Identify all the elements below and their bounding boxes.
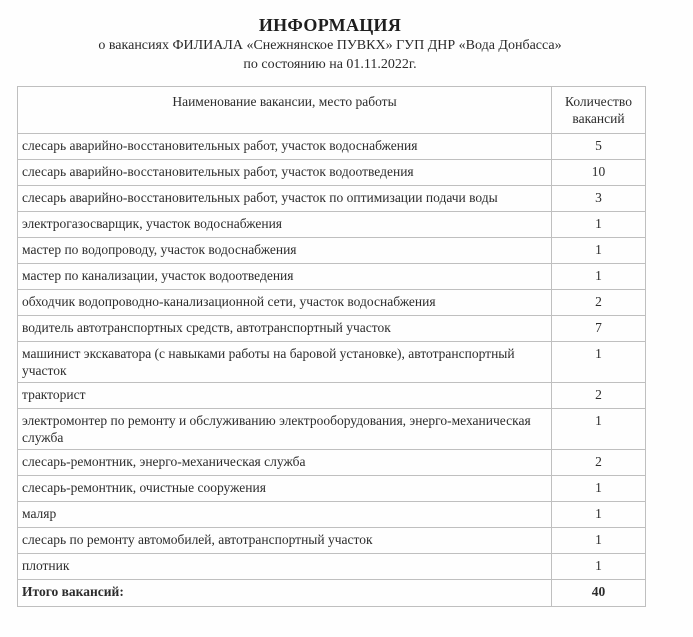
document-page: ИНФОРМАЦИЯ о вакансиях ФИЛИАЛА «Снежнянс… (0, 0, 693, 637)
total-label: Итого вакансий: (18, 580, 552, 607)
cutoff-text-fragment (55, 628, 455, 637)
vacancy-name: обходчик водопроводно-канализационной се… (18, 290, 552, 316)
vacancy-quantity: 1 (552, 264, 646, 290)
table-row: маляр1 (18, 502, 646, 528)
table-row: машинист экскаватора (с навыками работы … (18, 342, 646, 383)
vacancy-name: электрогазосварщик, участок водоснабжени… (18, 212, 552, 238)
vacancies-table: Наименование вакансии, место работы Коли… (17, 86, 646, 607)
vacancy-name: слесарь-ремонтник, очистные сооружения (18, 476, 552, 502)
vacancy-name: машинист экскаватора (с навыками работы … (18, 342, 552, 383)
vacancy-name: слесарь по ремонту автомобилей, автотран… (18, 528, 552, 554)
vacancy-quantity: 2 (552, 450, 646, 476)
vacancy-name: плотник (18, 554, 552, 580)
table-row: слесарь аварийно-восстановительных работ… (18, 134, 646, 160)
vacancy-name: мастер по водопроводу, участок водоснабж… (18, 238, 552, 264)
vacancy-name: мастер по канализации, участок водоотвед… (18, 264, 552, 290)
table-row: электрогазосварщик, участок водоснабжени… (18, 212, 646, 238)
vacancy-quantity: 1 (552, 528, 646, 554)
vacancy-name: тракторист (18, 383, 552, 409)
table-row: слесарь аварийно-восстановительных работ… (18, 186, 646, 212)
table-row: обходчик водопроводно-канализационной се… (18, 290, 646, 316)
vacancy-quantity: 2 (552, 290, 646, 316)
vacancy-quantity: 3 (552, 186, 646, 212)
table-row: плотник1 (18, 554, 646, 580)
vacancy-name: электромонтер по ремонту и обслуживанию … (18, 409, 552, 450)
document-date-line: по состоянию на 01.11.2022г. (0, 57, 660, 73)
table-row: мастер по водопроводу, участок водоснабж… (18, 238, 646, 264)
vacancy-quantity: 1 (552, 554, 646, 580)
table-row: электромонтер по ремонту и обслуживанию … (18, 409, 646, 450)
vacancy-name: слесарь аварийно-восстановительных работ… (18, 134, 552, 160)
table-row: тракторист2 (18, 383, 646, 409)
vacancy-quantity: 1 (552, 238, 646, 264)
table-body: слесарь аварийно-восстановительных работ… (18, 134, 646, 580)
table-row: слесарь-ремонтник, очистные сооружения1 (18, 476, 646, 502)
table-row: мастер по канализации, участок водоотвед… (18, 264, 646, 290)
vacancy-quantity: 5 (552, 134, 646, 160)
header-vacancy-quantity: Количество вакансий (552, 87, 646, 134)
vacancy-quantity: 1 (552, 212, 646, 238)
vacancy-quantity: 1 (552, 502, 646, 528)
vacancy-quantity: 10 (552, 160, 646, 186)
vacancy-quantity: 1 (552, 476, 646, 502)
table-row: слесарь по ремонту автомобилей, автотран… (18, 528, 646, 554)
table-header-row: Наименование вакансии, место работы Коли… (18, 87, 646, 134)
vacancy-name: слесарь аварийно-восстановительных работ… (18, 160, 552, 186)
vacancy-quantity: 1 (552, 342, 646, 383)
vacancy-name: маляр (18, 502, 552, 528)
table-row: слесарь-ремонтник, энерго-механическая с… (18, 450, 646, 476)
vacancy-name: слесарь аварийно-восстановительных работ… (18, 186, 552, 212)
vacancy-quantity: 2 (552, 383, 646, 409)
table-row: слесарь аварийно-восстановительных работ… (18, 160, 646, 186)
document-title: ИНФОРМАЦИЯ (0, 15, 660, 36)
header-vacancy-name: Наименование вакансии, место работы (18, 87, 552, 134)
table-row: водитель автотранспортных средств, автот… (18, 316, 646, 342)
vacancy-quantity: 1 (552, 409, 646, 450)
vacancy-quantity: 7 (552, 316, 646, 342)
total-quantity: 40 (552, 580, 646, 607)
document-subtitle: о вакансиях ФИЛИАЛА «Снежнянское ПУВКХ» … (0, 38, 660, 54)
total-row: Итого вакансий: 40 (18, 580, 646, 607)
vacancy-name: водитель автотранспортных средств, автот… (18, 316, 552, 342)
vacancy-name: слесарь-ремонтник, энерго-механическая с… (18, 450, 552, 476)
